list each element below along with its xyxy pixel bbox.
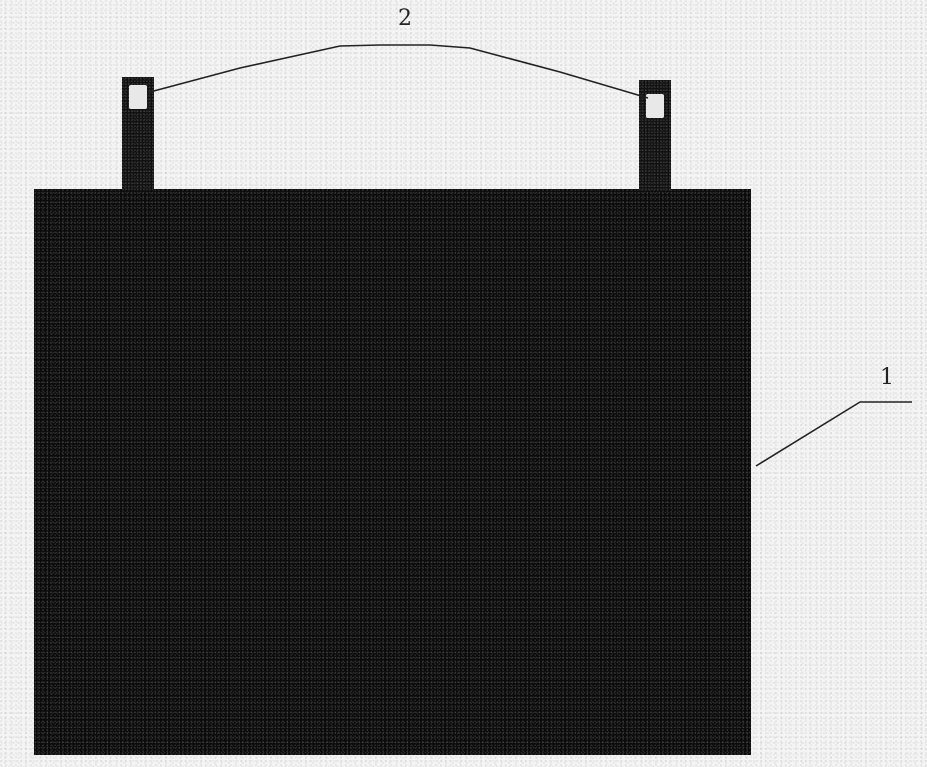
terminal-left — [122, 77, 154, 191]
reference-label-terminals: 2 — [398, 8, 412, 30]
battery-body — [34, 189, 751, 755]
terminal-right — [639, 80, 671, 191]
reference-label-body: 1 — [880, 367, 894, 389]
terminal-hole — [646, 94, 664, 118]
terminal-hole — [129, 85, 147, 109]
